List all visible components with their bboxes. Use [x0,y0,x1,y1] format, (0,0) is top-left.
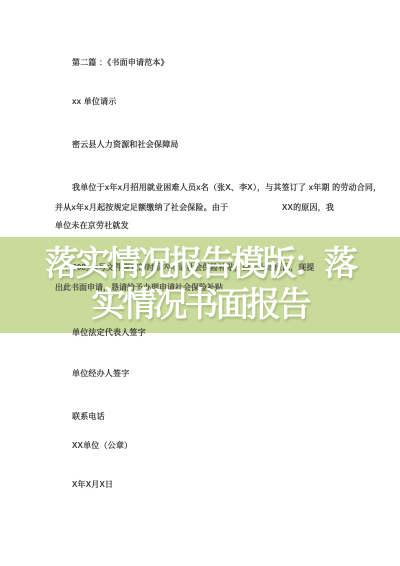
paragraph-line-3: 单位未在京劳社就发 [55,220,129,231]
promo-banner-title-line1: 落实情况报告模版：落 [45,244,355,285]
section-heading: 第二篇 ：《书面申请范本》 [72,57,169,68]
request-title: xx 单位请示 [72,96,117,107]
unit-seal-line: XX单位（公章） [72,440,132,451]
promo-banner-title-line2: 实情况书面报告 [92,285,309,326]
promo-banner-title: 落实情况报告模版：落 实情况书面报告 [0,237,400,333]
paragraph-line-2-left: 并从x年x月起按规定足额缴纳了社会保险。由于 [55,203,228,212]
paragraph-line-2-right: XX的原因，我 [282,202,334,213]
date-line: X年X月X日 [72,479,113,490]
handler-signature-line: 单位经办人签字 [72,368,129,379]
document-page: 第二篇 ：《书面申请范本》 xx 单位请示 密云县人力资源和社会保障局 我单位于… [0,0,400,566]
recipient-line: 密云县人力资源和社会保障局 [72,139,179,150]
contact-phone-line: 联系电话 [72,411,105,422]
paragraph-line-2: 并从x年x月起按规定足额缴纳了社会保险。由于 XX的原因，我 [55,202,228,213]
legal-rep-signature-line: 单位法定代表人签字 [72,327,146,338]
paragraph-line-1: 我单位于x年x月招用就业困难人员x名（张X、李X），与其签订了 x年期 的劳动合… [72,182,381,193]
